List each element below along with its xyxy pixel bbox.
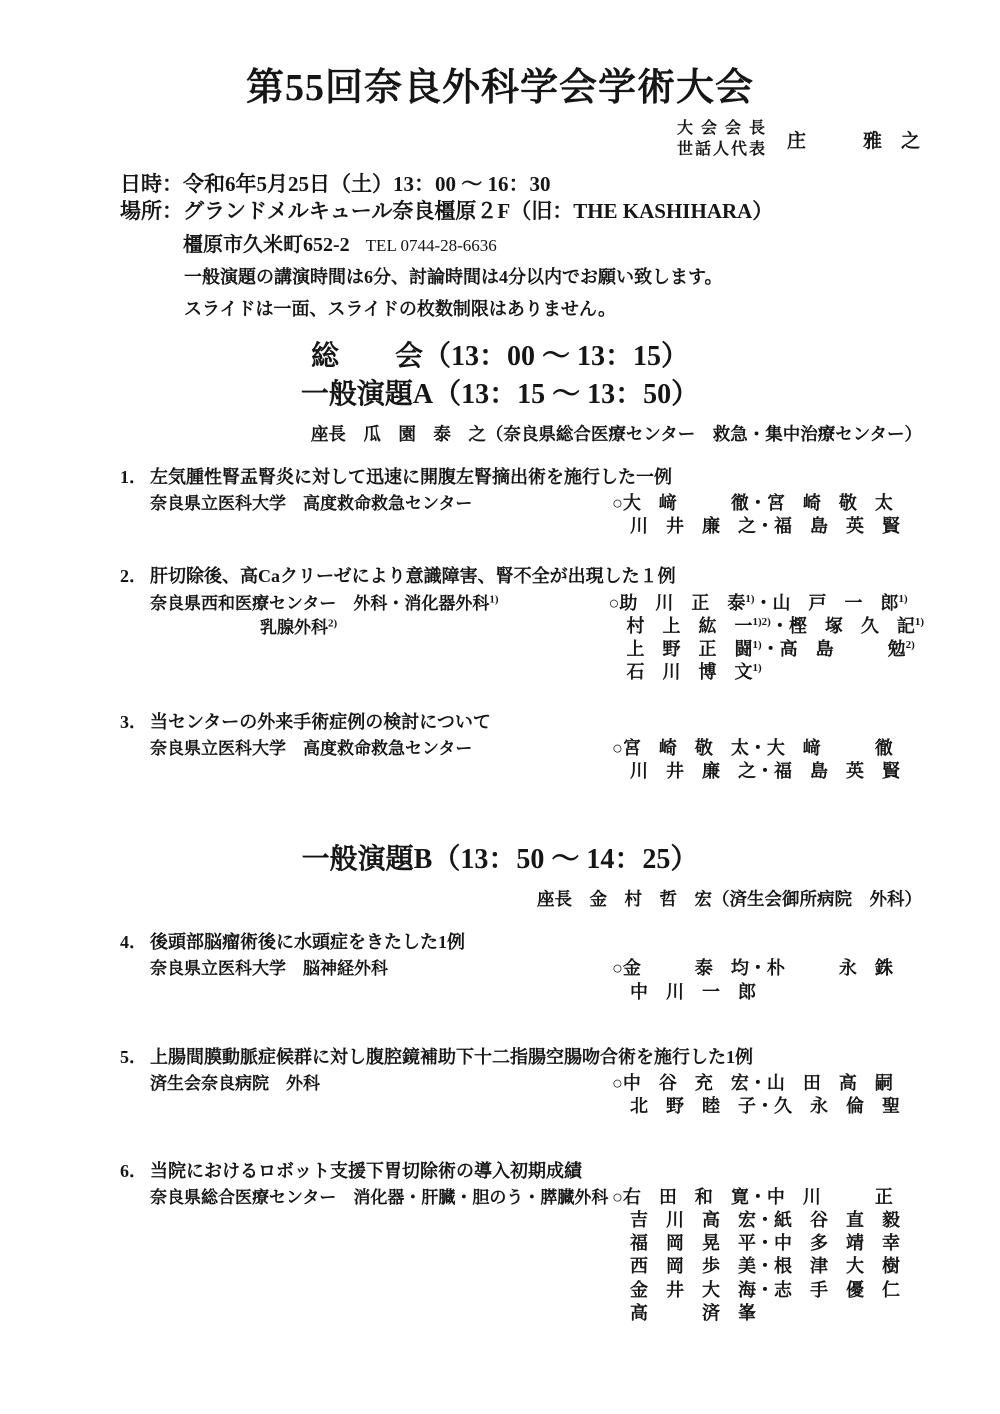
author-line: 村 上 紘 一1)2)・樫 塚 久 記1): [609, 615, 925, 638]
item-title-line: 3．当センターの外来手術症例の検討について: [120, 711, 924, 734]
text-run: 川 井 廉 之・福 島 英 賢: [630, 761, 900, 781]
item-title-text: 左気腫性腎盂腎炎に対して迅速に開腹左腎摘出術を施行した一例: [150, 466, 672, 489]
text-run: 福 岡 晃 平・中 多 靖 幸: [630, 1233, 900, 1253]
text-run: 石 川 博 文: [627, 662, 753, 682]
author-line: ○助 川 正 泰1)・山 戸 一 郎1): [609, 592, 925, 615]
president-block: 大会会長 世話人代表 庄 雅 之: [0, 119, 1000, 161]
text-run: ○中 谷 充 宏・山 田 高 嗣: [612, 1073, 893, 1093]
reference-mark: 1): [753, 662, 762, 674]
author-line: 川 井 廉 之・福 島 英 賢: [612, 515, 924, 538]
authors: ○大 﨑 徹・宮 崎 敬 太川 井 廉 之・福 島 英 賢: [612, 492, 924, 538]
item-title-text: 当院におけるロボット支援下胃切除術の導入初期成績: [150, 1160, 582, 1183]
affiliation-line: 奈良県総合医療センター 消化器・肝臓・胆のう・膵臓外科: [150, 1186, 612, 1210]
text-run: ○大 﨑 徹・宮 崎 敬 太: [612, 493, 893, 513]
text-run: 乳腺外科: [260, 618, 328, 637]
text-run: 奈良県総合医療センター 消化器・肝臓・胆のう・膵臓外科: [150, 1188, 608, 1207]
session-items: 4．後頭部脳瘤術後に水頭症をきたした1例奈良県立医科大学 脳神経外科○金 泰 均…: [120, 931, 924, 1324]
author-line: ○大 﨑 徹・宮 崎 敬 太: [612, 492, 924, 515]
item-title-line: 2．肝切除後、高Caクリーゼにより意識障害、腎不全が出現した１例: [120, 565, 924, 588]
item-title-text: 後頭部脳瘤術後に水頭症をきたした1例: [150, 931, 465, 954]
text-run: ・山 戸 一 郎: [755, 593, 899, 613]
program-item: 1．左気腫性腎盂腎炎に対して迅速に開腹左腎摘出術を施行した一例奈良県立医科大学 …: [120, 466, 924, 538]
text-run: 中 川 一 郎: [630, 982, 756, 1002]
item-title-line: 6．当院におけるロボット支援下胃切除術の導入初期成績: [120, 1160, 924, 1183]
reference-mark: 1)2): [753, 616, 771, 628]
text-run: 奈良県立医科大学 高度救命救急センター: [150, 739, 472, 758]
page-title: 第55回奈良外科学会学術大会: [0, 0, 1000, 111]
affiliation-line: 済生会奈良病院 外科: [150, 1072, 612, 1096]
text-run: 奈良県立医科大学 脳神経外科: [150, 959, 388, 978]
affiliations: 奈良県立医科大学 高度救命救急センター: [120, 492, 612, 516]
reference-mark: 1): [489, 593, 498, 605]
item-title-line: 4．後頭部脳瘤術後に水頭症をきたした1例: [120, 931, 924, 954]
author-line: 福 岡 晃 平・中 多 靖 幸: [612, 1232, 924, 1255]
event-datetime: 日時：令和6年5月25日（土）13：00 ～ 16：30: [120, 171, 1000, 198]
affiliations: 奈良県立医科大学 高度救命救急センター: [120, 737, 612, 761]
item-title-text: 上腸間膜動脈症候群に対し腹腔鏡補助下十二指腸空腸吻合術を施行した1例: [150, 1046, 753, 1069]
session-chair: 座長 瓜 園 泰 之（奈良県総合医療センター 救急・集中治療センター）: [0, 421, 1000, 446]
author-line: 川 井 廉 之・福 島 英 賢: [612, 760, 924, 783]
item-number: 5．: [120, 1046, 150, 1069]
session-headings: 総 会（13：00 ～ 13：15）一般演題A（13：15 ～ 13：50）: [0, 338, 1000, 415]
text-run: 奈良県西和医療センター 外科・消化器外科: [150, 594, 489, 613]
text-run: 高 済 峯: [630, 1303, 756, 1323]
text-run: 奈良県立医科大学 高度救命救急センター: [150, 494, 472, 513]
session-heading: 総 会（13：00 ～ 13：15）: [0, 338, 1000, 377]
affiliation-line: 奈良県立医科大学 高度救命救急センター: [150, 737, 612, 761]
item-number: 3．: [120, 711, 150, 734]
item-title-text: 肝切除後、高Caクリーゼにより意識障害、腎不全が出現した１例: [150, 565, 676, 588]
author-line: ○金 泰 均・朴 永 銖: [612, 957, 924, 980]
text-run: 村 上 紘 一: [627, 616, 753, 636]
document-page: 第55回奈良外科学会学術大会 大会会長 世話人代表 庄 雅 之 日時：令和6年5…: [0, 0, 1000, 1414]
session-heading: 一般演題A（13：15 ～ 13：50）: [0, 376, 1000, 415]
reference-mark: 1): [745, 593, 754, 605]
president-roles: 大会会長 世話人代表: [677, 119, 765, 161]
president-role-chairman: 大会会長: [677, 119, 765, 140]
author-line: 金 井 大 海・志 手 優 仁: [612, 1279, 924, 1302]
note-slides: スライドは一面、スライドの枚数制限はありません。: [184, 297, 1000, 321]
text-run: 上 野 正 闘: [627, 639, 753, 659]
author-line: 西 岡 歩 美・根 津 大 樹: [612, 1255, 924, 1278]
text-run: ○金 泰 均・朴 永 銖: [612, 958, 893, 978]
text-run: ○宮 崎 敬 太・大 﨑 徹: [612, 738, 893, 758]
affiliation-line: 奈良県西和医療センター 外科・消化器外科1): [150, 592, 609, 616]
affiliations: 奈良県立医科大学 脳神経外科: [120, 957, 612, 981]
text-run: ○助 川 正 泰: [609, 593, 746, 613]
text-run: 北 野 睦 子・久 永 倫 聖: [630, 1096, 900, 1116]
sessions: 総 会（13：00 ～ 13：15）一般演題A（13：15 ～ 13：50）座長…: [0, 338, 1000, 1325]
text-run: ○右 田 和 寛・中 川 正: [612, 1187, 893, 1207]
session: 総 会（13：00 ～ 13：15）一般演題A（13：15 ～ 13：50）座長…: [0, 338, 1000, 784]
president-role-representative: 世話人代表: [677, 140, 765, 161]
item-body: 奈良県立医科大学 脳神経外科○金 泰 均・朴 永 銖中 川 一 郎: [120, 957, 924, 1003]
reference-mark: 1): [899, 593, 908, 605]
session-heading: 一般演題B（13：50 ～ 14：25）: [0, 841, 1000, 880]
session: 一般演題B（13：50 ～ 14：25）座長 金 村 哲 宏（済生会御所病院 外…: [0, 841, 1000, 1324]
item-number: 6．: [120, 1160, 150, 1183]
item-title-text: 当センターの外来手術症例の検討について: [150, 711, 491, 734]
event-info: 日時：令和6年5月25日（土）13：00 ～ 16：30 場所：グランドメルキュ…: [120, 171, 1000, 322]
item-body: 奈良県西和医療センター 外科・消化器外科1)乳腺外科2)○助 川 正 泰1)・山…: [120, 592, 924, 684]
affiliation-line: 乳腺外科2): [260, 616, 609, 640]
session-headings: 一般演題B（13：50 ～ 14：25）: [0, 841, 1000, 880]
item-body: 奈良県立医科大学 高度救命救急センター○宮 崎 敬 太・大 﨑 徹川 井 廉 之…: [120, 737, 924, 783]
item-body: 奈良県総合医療センター 消化器・肝臓・胆のう・膵臓外科○右 田 和 寛・中 川 …: [120, 1186, 924, 1324]
text-run: ・高 島 勉: [762, 639, 906, 659]
author-line: 上 野 正 闘1)・高 島 勉2): [609, 638, 925, 661]
authors: ○右 田 和 寛・中 川 正吉 川 高 宏・紙 谷 直 毅福 岡 晃 平・中 多…: [612, 1186, 924, 1324]
authors: ○金 泰 均・朴 永 銖中 川 一 郎: [612, 957, 924, 1003]
note-presentation-time: 一般演題の講演時間は6分、討論時間は4分以内でお願い致します。: [184, 265, 1000, 289]
item-body: 済生会奈良病院 外科○中 谷 充 宏・山 田 高 嗣北 野 睦 子・久 永 倫 …: [120, 1072, 924, 1118]
affiliations: 奈良県総合医療センター 消化器・肝臓・胆のう・膵臓外科: [120, 1186, 612, 1210]
author-line: 北 野 睦 子・久 永 倫 聖: [612, 1095, 924, 1118]
session-items: 1．左気腫性腎盂腎炎に対して迅速に開腹左腎摘出術を施行した一例奈良県立医科大学 …: [120, 466, 924, 783]
item-title-line: 1．左気腫性腎盂腎炎に対して迅速に開腹左腎摘出術を施行した一例: [120, 466, 924, 489]
reference-mark: 2): [328, 617, 337, 629]
item-number: 2．: [120, 565, 150, 588]
item-title-line: 5．上腸間膜動脈症候群に対し腹腔鏡補助下十二指腸空腸吻合術を施行した1例: [120, 1046, 924, 1069]
reference-mark: 1): [915, 616, 924, 628]
author-line: ○中 谷 充 宏・山 田 高 嗣: [612, 1072, 924, 1095]
authors: ○助 川 正 泰1)・山 戸 一 郎1)村 上 紘 一1)2)・樫 塚 久 記1…: [609, 592, 925, 684]
event-venue: 場所：グランドメルキュール奈良橿原２F（旧：THE KASHIHARA）: [120, 198, 1000, 225]
item-number: 4．: [120, 931, 150, 954]
affiliations: 奈良県西和医療センター 外科・消化器外科1)乳腺外科2): [120, 592, 609, 640]
text-run: 金 井 大 海・志 手 優 仁: [630, 1280, 900, 1300]
venue-address: 橿原市久米町652-2: [183, 234, 350, 256]
program-item: 6．当院におけるロボット支援下胃切除術の導入初期成績奈良県総合医療センター 消化…: [120, 1160, 924, 1325]
text-run: ・樫 塚 久 記: [771, 616, 915, 636]
program-item: 5．上腸間膜動脈症候群に対し腹腔鏡補助下十二指腸空腸吻合術を施行した1例済生会奈…: [120, 1046, 924, 1118]
item-number: 1．: [120, 466, 150, 489]
president-name: 庄 雅 之: [787, 126, 920, 153]
text-run: 西 岡 歩 美・根 津 大 樹: [630, 1256, 900, 1276]
affiliations: 済生会奈良病院 外科: [120, 1072, 612, 1096]
authors: ○宮 崎 敬 太・大 﨑 徹川 井 廉 之・福 島 英 賢: [612, 737, 924, 783]
text-run: 吉 川 高 宏・紙 谷 直 毅: [630, 1210, 900, 1230]
affiliation-line: 奈良県立医科大学 脳神経外科: [150, 957, 612, 981]
author-line: ○宮 崎 敬 太・大 﨑 徹: [612, 737, 924, 760]
author-line: 石 川 博 文1): [609, 661, 925, 684]
program-item: 2．肝切除後、高Caクリーゼにより意識障害、腎不全が出現した１例奈良県西和医療セ…: [120, 565, 924, 684]
venue-tel: TEL 0744-28-6636: [366, 236, 497, 255]
program-item: 3．当センターの外来手術症例の検討について奈良県立医科大学 高度救命救急センター…: [120, 711, 924, 783]
reference-mark: 1): [753, 639, 762, 651]
venue-address-line: 橿原市久米町652-2TEL 0744-28-6636: [183, 228, 1000, 257]
affiliation-line: 奈良県立医科大学 高度救命救急センター: [150, 492, 612, 516]
author-line: 吉 川 高 宏・紙 谷 直 毅: [612, 1209, 924, 1232]
text-run: 済生会奈良病院 外科: [150, 1074, 320, 1093]
author-line: 中 川 一 郎: [612, 981, 924, 1004]
program-item: 4．後頭部脳瘤術後に水頭症をきたした1例奈良県立医科大学 脳神経外科○金 泰 均…: [120, 931, 924, 1003]
reference-mark: 2): [906, 639, 915, 651]
session-chair: 座長 金 村 哲 宏（済生会御所病院 外科）: [0, 886, 1000, 911]
author-line: 高 済 峯: [612, 1302, 924, 1325]
author-line: ○右 田 和 寛・中 川 正: [612, 1186, 924, 1209]
authors: ○中 谷 充 宏・山 田 高 嗣北 野 睦 子・久 永 倫 聖: [612, 1072, 924, 1118]
text-run: 川 井 廉 之・福 島 英 賢: [630, 516, 900, 536]
item-body: 奈良県立医科大学 高度救命救急センター○大 﨑 徹・宮 崎 敬 太川 井 廉 之…: [120, 492, 924, 538]
